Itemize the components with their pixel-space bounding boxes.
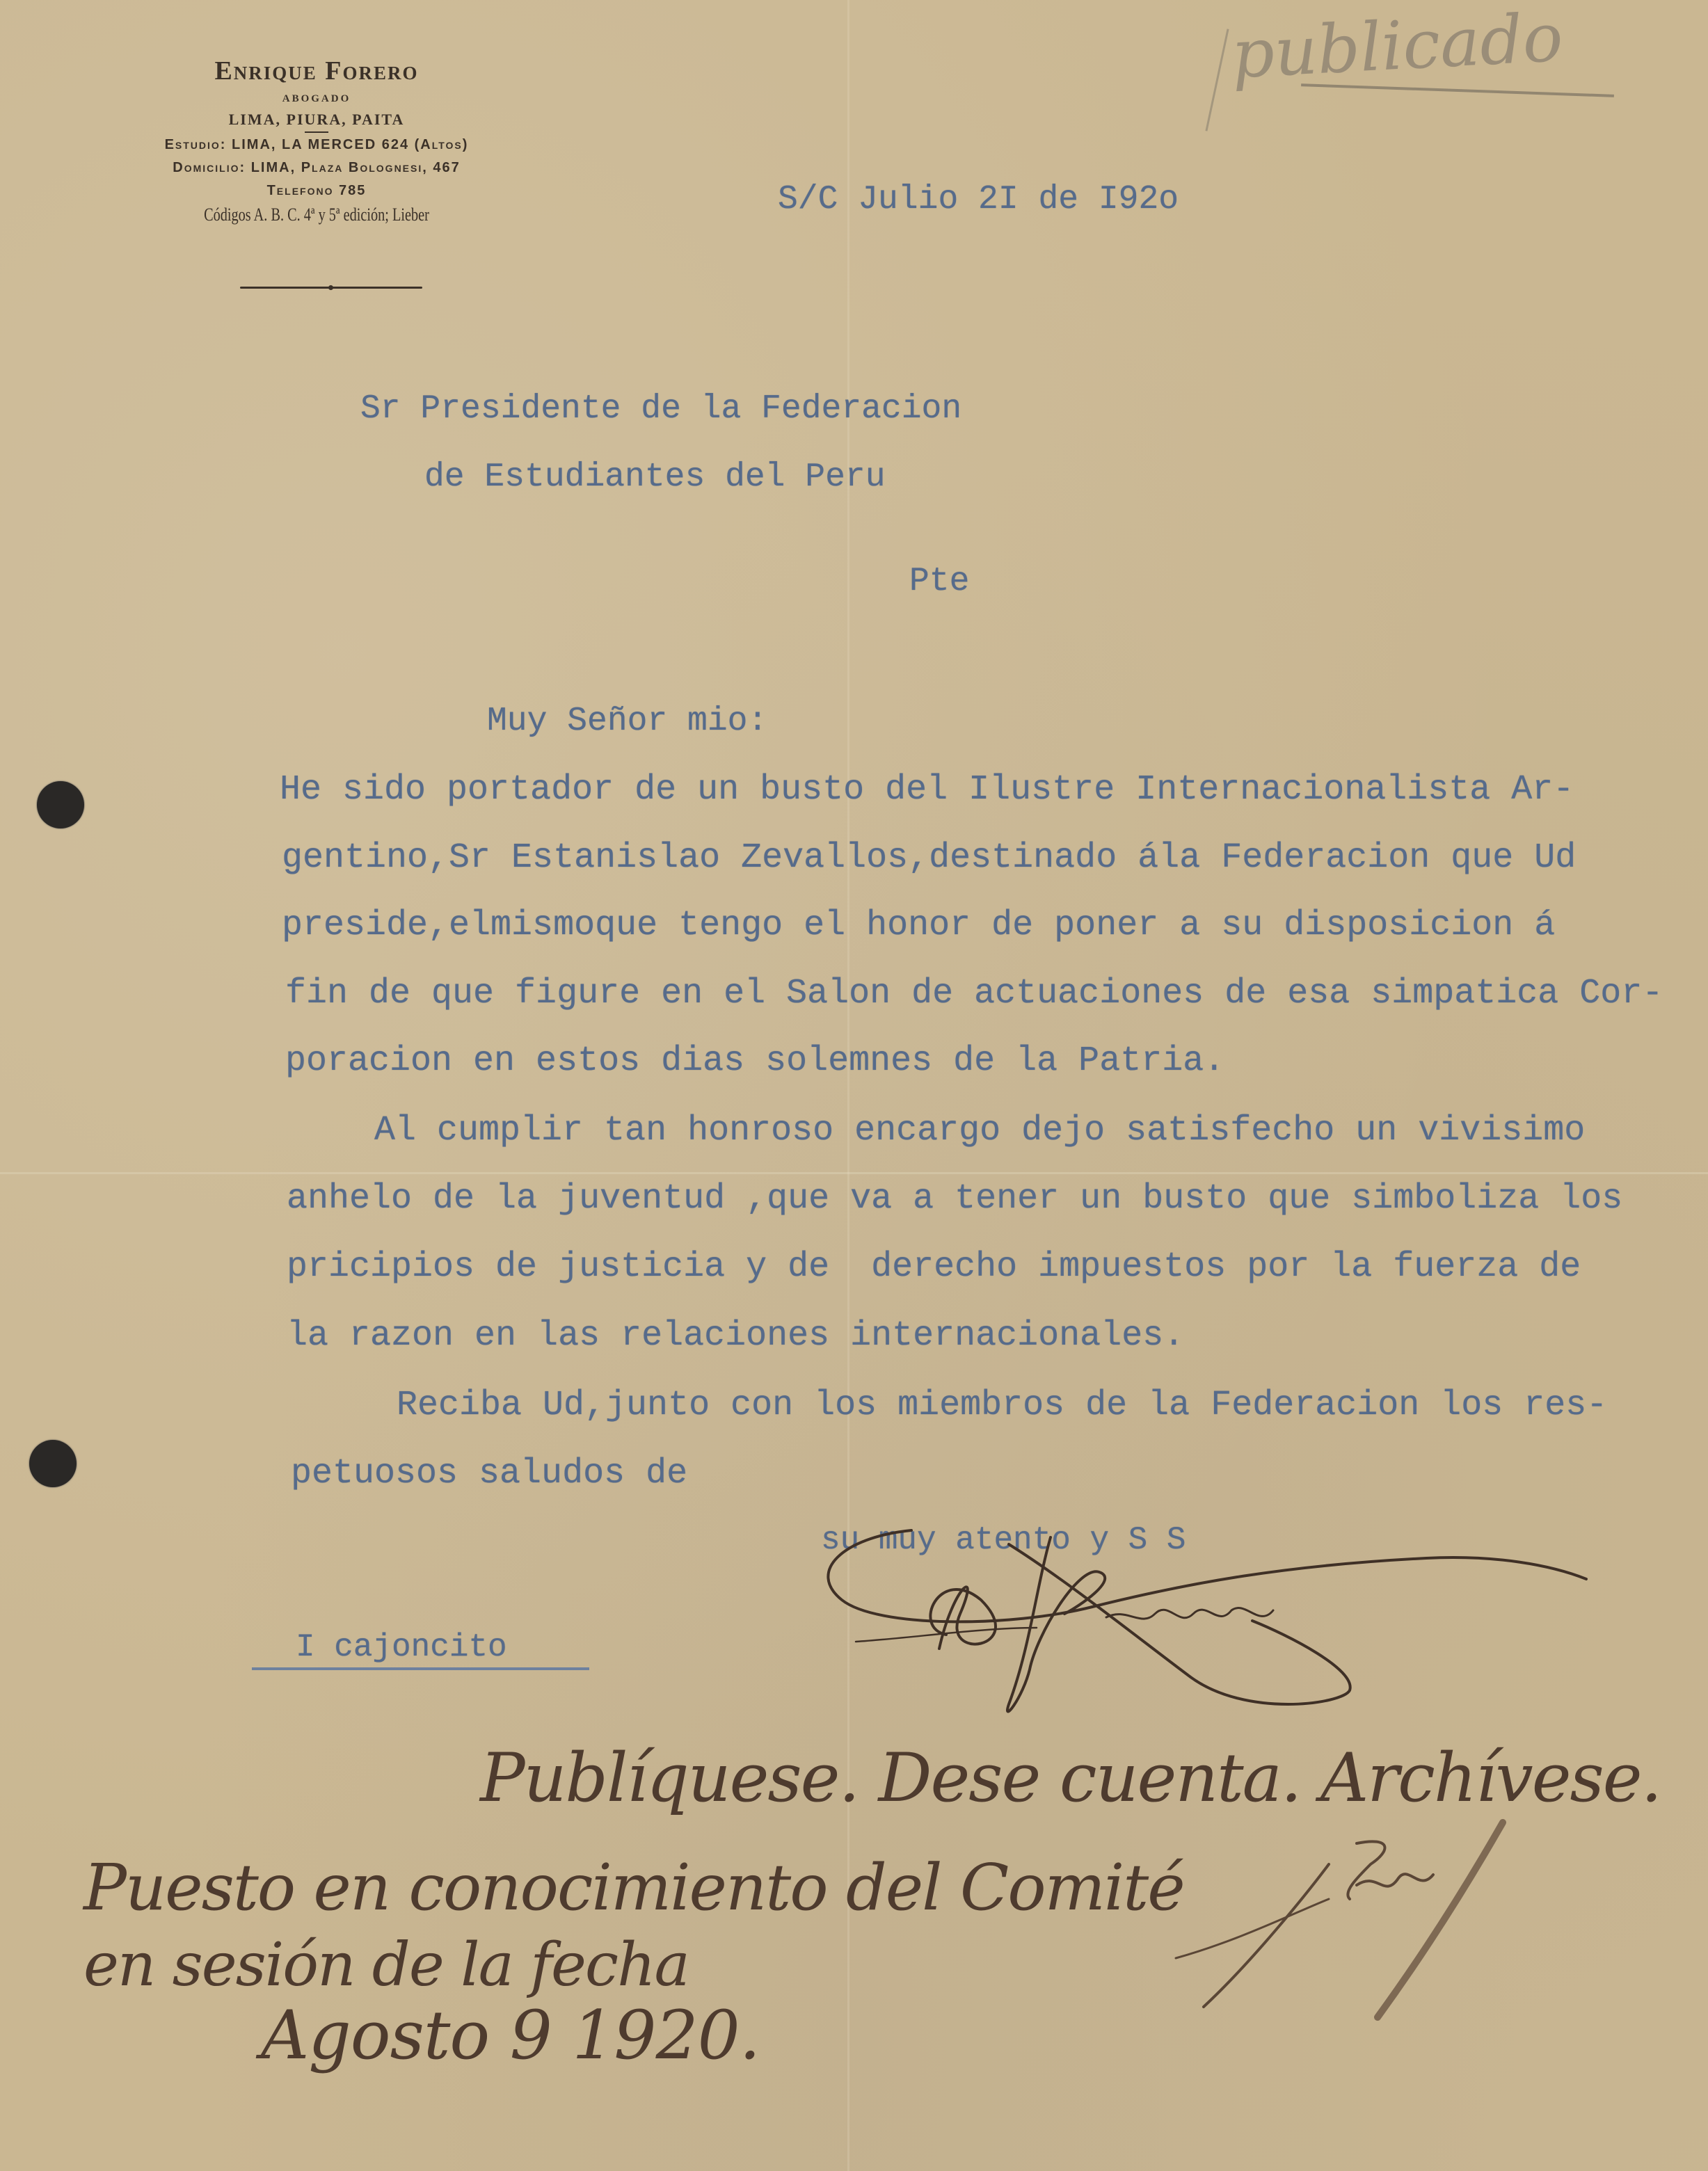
pencil-stroke [1205,29,1229,131]
enclosure-note: I cajoncito [296,1630,507,1665]
paper-fold-horizontal [0,1172,1708,1174]
body-line: petuosos saludos de [291,1457,687,1491]
committee-note-line-3: Agosto 9 1920. [261,1996,760,2074]
letterhead-phone: Telefono 785 [97,183,536,199]
committee-note-line-2: en sesión de la fecha [83,1930,689,2000]
date-line: S/C Julio 2I de I92o [778,182,1179,217]
letterhead-divider-short [305,131,328,133]
body-line: gentino,Sr Estanislao Zevallos,destinado… [282,841,1576,876]
body-line: He sido portador de un busto del Ilustre… [280,773,1574,808]
punch-hole-bottom [29,1440,77,1487]
signature-forero [800,1523,1670,1732]
paper-fold-vertical [847,0,849,2171]
handwritten-resolution: Publíquese. Dese cuenta. Archívese. [480,1739,1661,1817]
body-line: preside,elmismoque tengo el honor de pon… [282,908,1555,943]
body-line: Reciba Ud,junto con los miembros de la F… [397,1388,1607,1423]
committee-note-line-1: Puesto en conocimiento del Comité [83,1850,1184,1925]
enclosure-underline [252,1667,589,1670]
body-line: pricipios de justicia y de derecho impue… [287,1250,1581,1285]
body-line: anhelo de la juventud ,que va a tener un… [287,1182,1622,1217]
letterhead-name: Enrique Forero [97,56,536,86]
letterhead-residence: Domicilio: LIMA, Plaza Bolognesi, 467 [97,160,536,176]
body-line: Al cumplir tan honroso encargo dejo sati… [374,1114,1585,1148]
letterhead: Enrique Forero ABOGADO LIMA, PIURA, PAIT… [97,49,536,225]
pencil-underline [1301,83,1614,97]
letterhead-cities: LIMA, PIURA, PAITA [97,111,536,129]
resolution-signature-rosay [1169,1809,1656,2031]
body-line: fin de que figure en el Salon de actuaci… [285,977,1663,1011]
body-line: la razon en las relaciones internacional… [287,1319,1184,1354]
salutation: Muy Señor mio: [487,704,767,739]
punch-hole-top [37,781,84,828]
letterhead-codes: Códigos A. B. C. 4ª y 5ª edición; Lieber [145,205,487,225]
letterhead-office: Estudio: LIMA, LA MERCED 624 (Altos) [97,137,536,153]
letterhead-divider-dot [328,285,333,290]
pencil-annotation: publicado [1229,0,1565,93]
letterhead-title: ABOGADO [97,93,536,105]
addressee-line-1: Sr Presidente de la Federacion [360,392,961,426]
addressee-line-2: de Estudiantes del Peru [424,460,886,495]
body-line: poracion en estos dias solemnes de la Pa… [285,1044,1224,1079]
addressee-line-3: Pte [909,564,969,599]
